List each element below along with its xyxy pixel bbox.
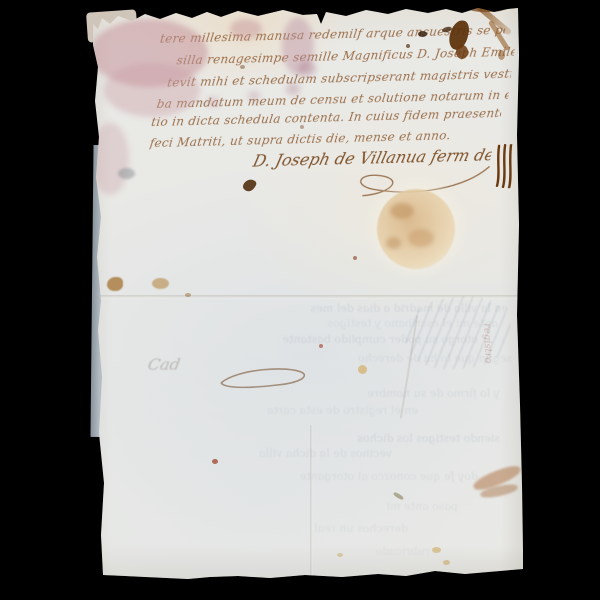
brown-stain bbox=[152, 278, 169, 289]
yellow-speck bbox=[358, 365, 367, 374]
ink-speck bbox=[300, 125, 304, 129]
ink-speck bbox=[418, 31, 427, 37]
yellow-speck bbox=[432, 547, 441, 553]
show-through-line: en el registro de esta carta bbox=[149, 404, 419, 417]
mold-stain bbox=[230, 19, 262, 39]
ink-speck bbox=[353, 256, 357, 260]
show-through-line: siendo testigos los dichos bbox=[219, 432, 501, 445]
photo-background: en la villa de madrid a dias del mes ant… bbox=[0, 0, 600, 600]
seal-stain-patch bbox=[386, 237, 401, 249]
show-through-line: doy fe que conozco al otorgante bbox=[139, 470, 479, 483]
seal-stain-patch bbox=[390, 203, 414, 219]
show-through-line: rubricado bbox=[229, 545, 431, 558]
seal-stain-patch bbox=[408, 229, 434, 247]
show-through-line: y lo firmo de su nombre bbox=[321, 387, 501, 400]
yellow-speck bbox=[443, 560, 450, 565]
script-line: tevit mihi et schedulam subscripserant m… bbox=[166, 67, 512, 90]
brown-stain bbox=[107, 277, 123, 291]
show-through-line: vecinos de la dicha villa bbox=[249, 447, 393, 460]
mold-stain bbox=[206, 97, 220, 107]
mold-stain bbox=[104, 63, 200, 117]
show-through-line: derechos un real bbox=[179, 522, 409, 535]
red-speck bbox=[212, 459, 218, 464]
show-through-flourish bbox=[217, 361, 312, 393]
ink-smear bbox=[470, 5, 504, 12]
ink-speck bbox=[406, 44, 410, 48]
gray-smudge bbox=[118, 168, 135, 179]
show-through-line: paso ante mi bbox=[297, 500, 459, 513]
mold-stain bbox=[298, 61, 316, 76]
mold-stain bbox=[248, 91, 260, 101]
ink-drop bbox=[498, 50, 505, 60]
ink-speck bbox=[240, 65, 245, 69]
brown-speck bbox=[185, 293, 191, 297]
manuscript-page: en la villa de madrid a dias del mes ant… bbox=[90, 5, 526, 580]
signature-rubric bbox=[493, 144, 516, 189]
red-speck bbox=[319, 344, 323, 348]
mold-stain bbox=[286, 83, 300, 95]
ink-blot bbox=[456, 45, 468, 59]
ink-drop-mark bbox=[241, 177, 257, 194]
yellow-speck bbox=[337, 553, 343, 557]
marginal-mark: Cad bbox=[146, 355, 219, 374]
